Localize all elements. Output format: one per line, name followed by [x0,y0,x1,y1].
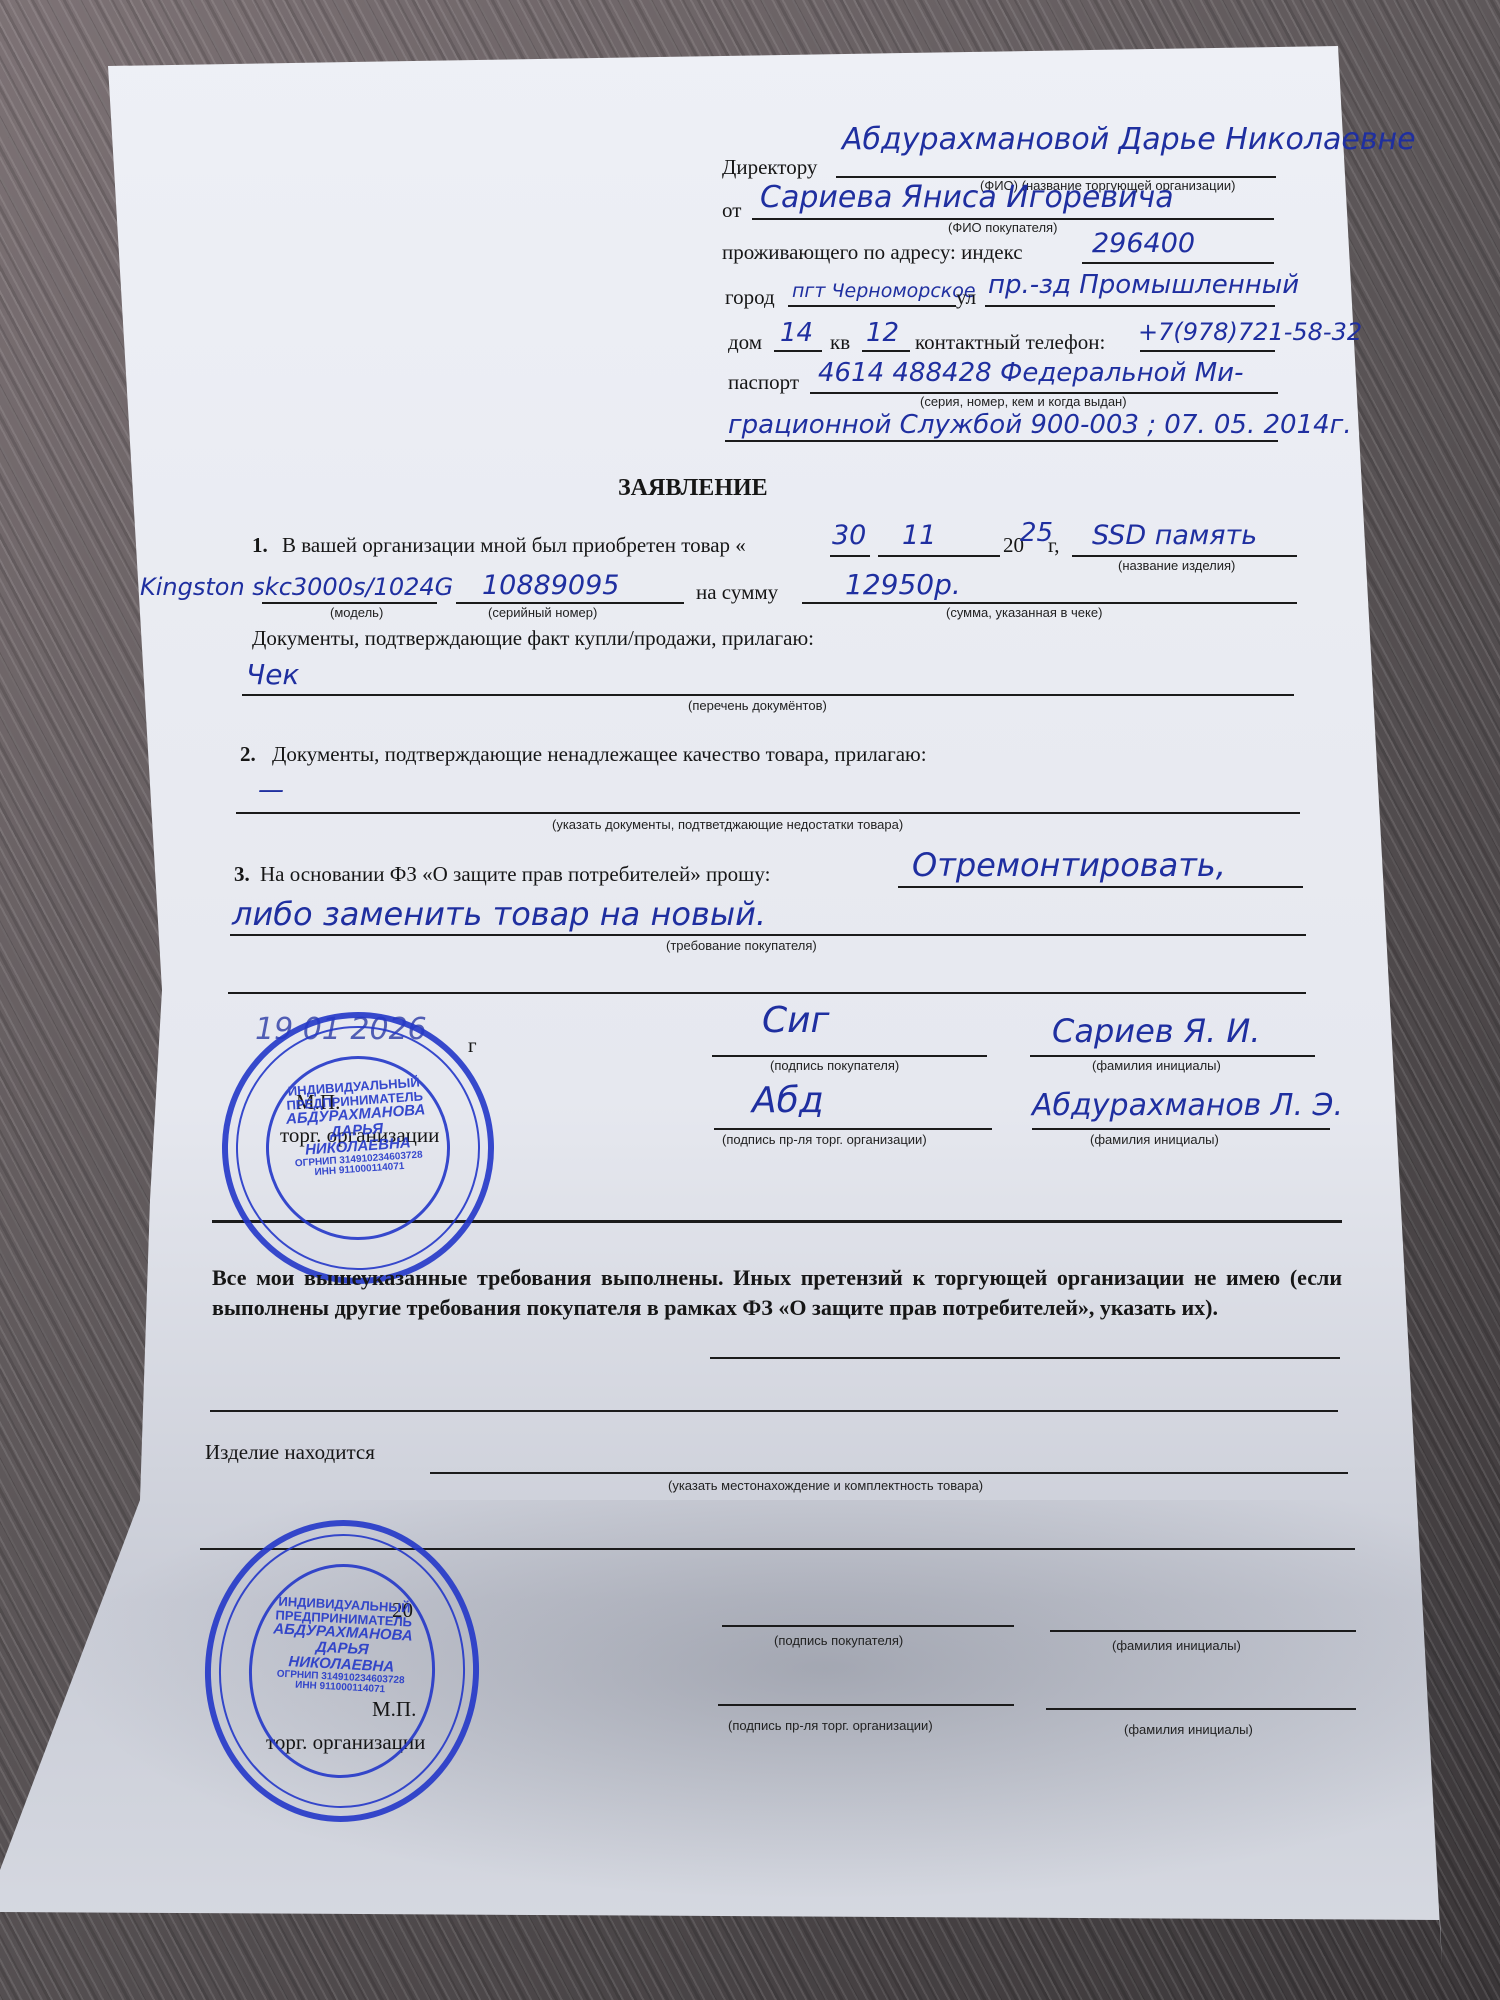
street-field[interactable]: пр.-зд Промышленный [988,270,1299,300]
day-field[interactable]: 30 [832,520,866,551]
apt-line [862,350,910,352]
section2-line [236,812,1300,814]
sum-line [802,602,1297,604]
item-line [1072,555,1297,557]
phone-line [1140,350,1275,352]
passport-line-2 [725,440,1278,442]
passport-label: паспорт [728,370,799,395]
buyer-name-hint-top: (фамилия инициалы) [1092,1058,1221,1073]
sum-hint: (сумма, указанная в чеке) [946,605,1102,620]
phone-label: контактный телефон: [915,330,1105,355]
seller-name-hint-bottom: (фамилия инициалы) [1124,1722,1253,1737]
docs-hint: (перечень докумёнтов) [688,698,827,713]
city-field[interactable]: пгт Черноморское [792,280,976,302]
director-label: Директору [722,155,817,180]
buyer-signature-top[interactable]: Сиг [762,1000,829,1041]
street-line [985,305,1275,307]
year-tail: г, [1048,533,1060,558]
seller-signature-top[interactable]: Абд [752,1080,824,1121]
stamp-line2: ПРЕДПРИНИМАТЕЛЬ [264,1607,424,1629]
section3-hint: (требование покупателя) [666,938,817,953]
section3-number: 3. [234,862,250,887]
location-label: Изделие находится [205,1440,375,1465]
document-title: ЗАЯВЛЕНИЕ [618,475,768,502]
section3-line-1 [898,886,1303,888]
section2-hint: (указать документы, подтветджающие недос… [552,817,903,832]
seller-name-line-bottom[interactable] [1046,1708,1356,1710]
section2-field[interactable]: — [258,775,284,805]
docs-line [242,694,1294,696]
seller-name-line-top [1032,1128,1330,1130]
stamp-ogrnip: ОГРНИП 314910234603728 [279,1149,439,1171]
completion-line-1 [710,1357,1340,1359]
house-label: дом [728,330,762,355]
location-hint: (указать местонахождение и комплектность… [668,1478,983,1493]
index-field[interactable]: 296400 [1092,228,1195,259]
seller-name-top[interactable]: Абдурахманов Л. Э. [1032,1088,1343,1123]
model-field[interactable]: Kingston skc3000s/1024G [140,573,453,601]
docs-label: Документы, подтверждающие факт купли/про… [252,626,814,651]
stamp-line5: НИКОЛАЕВНА [261,1653,422,1677]
from-field[interactable]: Сариева Яниса Игоревича [760,180,1174,215]
month-line [878,555,1000,557]
stamp-ogrnip: ОГРНИП 314910234603728 [260,1668,420,1687]
completion-line-2 [210,1410,1338,1412]
from-label: от [722,198,741,223]
docs-field[interactable]: Чек [246,658,299,691]
month-field[interactable]: 11 [902,520,936,551]
serial-hint: (серийный номер) [488,605,597,620]
city-line [788,305,956,307]
buyer-sign-hint-bottom: (подпись покупателя) [774,1633,903,1648]
passport-field-2[interactable]: грационной Службой 900-003 ; 07. 05. 201… [728,410,1352,440]
house-field[interactable]: 14 [780,318,813,348]
stamp-line4: ДАРЬЯ [262,1637,423,1661]
sum-label: на сумму [696,580,778,605]
seller-sign-hint-top: (подпись пр-ля торг. организации) [722,1132,927,1147]
serial-field[interactable]: 10889095 [482,570,619,601]
section1-number: 1. [252,533,268,558]
section3-field-2[interactable]: либо заменить товар на новый. [232,895,766,933]
stamp-line4: ДАРЬЯ [276,1118,437,1145]
section3-field-1[interactable]: Отремонтировать, [912,846,1226,884]
stamp-line1: ИНДИВИДУАЛЬНЫЙ [264,1594,424,1616]
section2-number: 2. [240,742,256,767]
item-hint: (название изделия) [1118,558,1235,573]
section3-text: На основании ФЗ «О защите прав потребите… [260,862,770,887]
day-line [830,555,870,557]
address-label: проживающего по адресу: индекс [722,240,1023,265]
stamp-inn: ИНН 911000114071 [260,1679,420,1698]
stamp-inn: ИНН 911000114071 [279,1159,439,1181]
director-field[interactable]: Абдурахмановой Дарье Николаевне [842,122,1416,157]
stamp-line5: НИКОЛАЕВНА [278,1133,439,1160]
completion-paragraph: Все мои вышеуказанные требования выполне… [212,1263,1342,1323]
buyer-sign-line-top [712,1055,987,1057]
date-suffix-top: г [468,1033,477,1058]
buyer-name-top[interactable]: Сариев Я. И. [1052,1012,1260,1050]
sum-field[interactable]: 12950р. [845,568,961,601]
item-field[interactable]: SSD память [1092,520,1257,551]
section3-line-2 [230,934,1306,936]
apt-label: кв [830,330,850,355]
buyer-name-hint-bottom: (фамилия инициалы) [1112,1638,1241,1653]
buyer-name-line-top [1030,1055,1315,1057]
city-label: город [725,285,775,310]
index-line [1082,262,1274,264]
phone-field[interactable]: +7(978)721-58-32 [1138,318,1362,346]
buyer-sign-line-bottom[interactable] [722,1625,1014,1627]
section2-text: Документы, подтверждающие ненадлежащее к… [272,742,927,767]
passport-hint: (серия, номер, кем и когда выдан) [920,394,1127,409]
model-line [262,602,437,604]
apt-field[interactable]: 12 [866,318,899,348]
house-line [774,350,822,352]
buyer-sign-hint-top: (подпись покупателя) [770,1058,899,1073]
section1-text: В вашей организации мной был приобретен … [282,533,746,558]
section3-line-3 [228,992,1306,994]
stamp-line3: АБДУРАХМАНОВА [263,1621,424,1645]
stamp-line3: АБДУРАХМАНОВА [275,1102,436,1129]
street-label: ул [956,285,976,310]
buyer-name-line-bottom[interactable] [1050,1630,1356,1632]
passport-field-1[interactable]: 4614 488428 Федеральной Ми- [818,358,1243,388]
seller-name-hint-top: (фамилия инициалы) [1090,1132,1219,1147]
model-hint: (модель) [330,605,383,620]
serial-line [456,602,684,604]
stamp-line1: ИНДИВИДУАЛЬНЫЙ [273,1075,434,1100]
from-hint: (ФИО покупателя) [948,220,1057,235]
stamp-line2: ПРЕДПРИНИМАТЕЛЬ [274,1088,435,1113]
seller-sign-line-bottom[interactable] [718,1704,1014,1706]
seller-sign-line-top [714,1128,992,1130]
location-line[interactable] [430,1472,1348,1474]
seller-sign-hint-bottom: (подпись пр-ля торг. организации) [728,1718,933,1733]
